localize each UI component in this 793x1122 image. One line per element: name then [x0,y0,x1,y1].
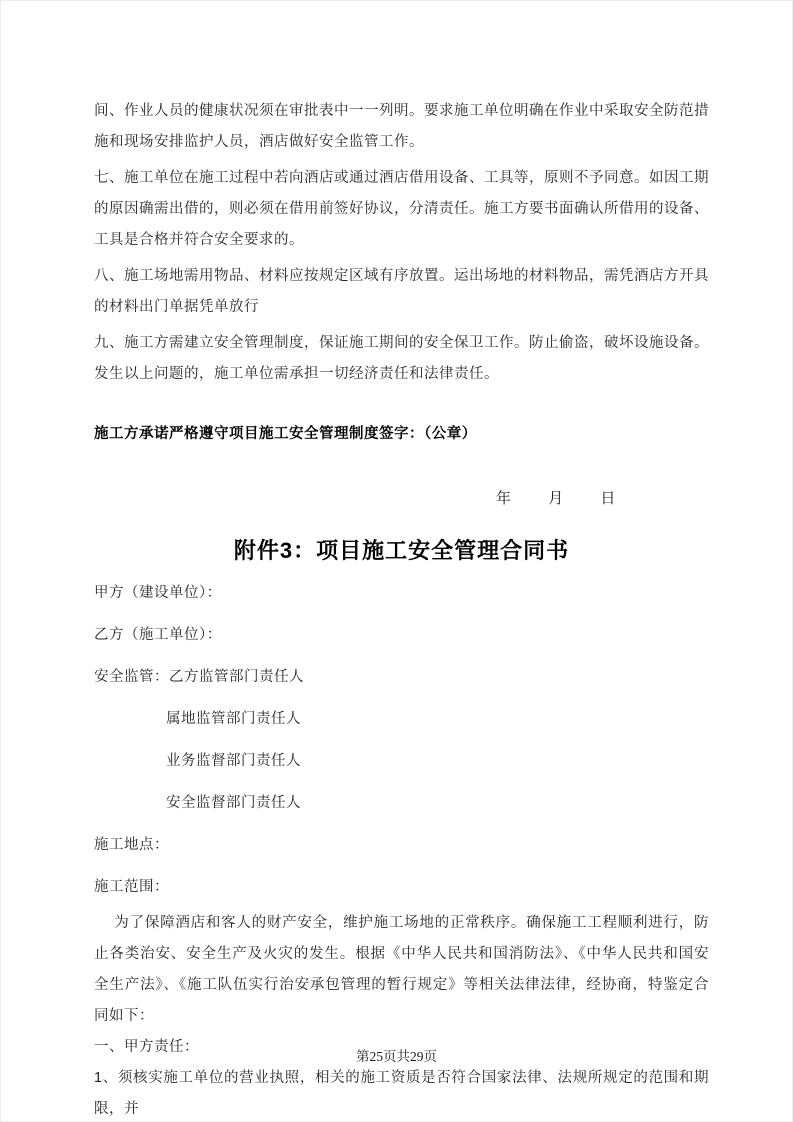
date-day-label: 日 [600,487,615,508]
supervisor-item: 乙方监管部门责任人 [169,669,304,685]
body-paragraph: 七、施工单位在施工过程中若向酒店或通过酒店借用设备、工具等，原则不予同意。如因工… [94,163,709,256]
supervision-label: 安全监管： [94,669,169,685]
site-field: 施工地点： [94,837,709,853]
scope-paragraph: 为了保障酒店和客人的财产安全，维护施工场地的正常秩序。确保施工工程顺利进行，防止… [94,908,709,1032]
date-year-label: 年 [496,487,511,508]
supervisor-item: 业务监督部门责任人 [94,753,709,769]
supervision-field: 安全监管：乙方监管部门责任人 [94,669,709,685]
body-paragraph: 八、施工场地需用物品、材料应按规定区域有序放置。运出场地的材料物品，需凭酒店方开… [94,261,709,323]
date-month-label: 月 [548,487,563,508]
party-b-field: 乙方（施工单位）： [94,627,709,643]
page-number-indicator: 第25页共29页 [1,1045,792,1065]
document-content: 间、作业人员的健康状况须在审批表中一一列明。要求施工单位明确在作业中采取安全防范… [94,96,709,1122]
supervisor-item: 安全监督部门责任人 [94,795,709,811]
document-page: 间、作业人员的健康状况须在审批表中一一列明。要求施工单位明确在作业中采取安全防范… [0,0,793,1122]
attachment-heading: 附件3：项目施工安全管理合同书 [94,534,709,565]
body-paragraph: 间、作业人员的健康状况须在审批表中一一列明。要求施工单位明确在作业中采取安全防范… [94,96,709,158]
scope-field: 施工范围： [94,879,709,895]
date-line: 年 月 日 [94,487,709,508]
signature-commitment-line: 施工方承诺严格遵守项目施工安全管理制度签字：（公章） [94,422,709,443]
clause-item: 1、须核实施工单位的营业执照，相关的施工资质是否符合国家法律、法规所规定的范围和… [94,1063,709,1122]
body-paragraph: 九、施工方需建立安全管理制度，保证施工期间的安全保卫工作。防止偷盗，破坏设施设备… [94,328,709,390]
party-a-field: 甲方（建设单位）： [94,585,709,601]
supervisor-item: 属地监管部门责任人 [94,711,709,727]
